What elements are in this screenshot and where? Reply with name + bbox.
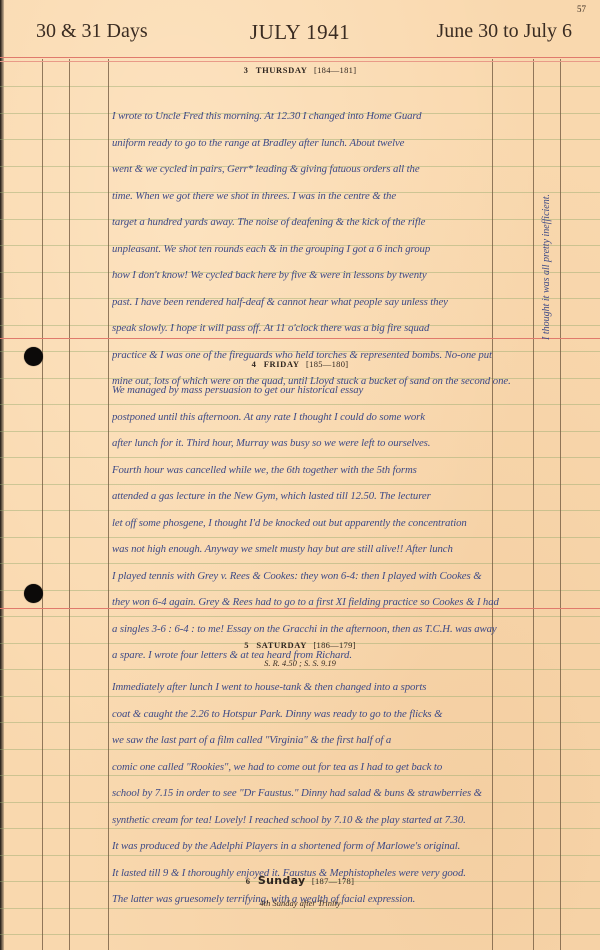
day-name: THURSDAY bbox=[256, 65, 308, 75]
day-number: 5 bbox=[244, 640, 249, 650]
diary-page: 57 30 & 31 Days JULY 1941 June 30 to Jul… bbox=[0, 0, 600, 950]
handwritten-line: we saw the last part of a film called "V… bbox=[112, 727, 524, 754]
entry-friday: We managed by mass persuasion to get our… bbox=[112, 377, 532, 669]
handwritten-line: attended a gas lecture in the New Gym, w… bbox=[112, 483, 524, 510]
handwritten-line: after lunch for it. Third hour, Murray w… bbox=[112, 430, 524, 457]
handwritten-line: went & we cycled in pairs, Gerr* leading… bbox=[112, 156, 524, 183]
handwritten-line: Immediately after lunch I went to house-… bbox=[112, 674, 524, 701]
sunrise-sunset: S. R. 4.50 ; S. S. 9.19 bbox=[108, 658, 492, 668]
margin-note: I thought it was all pretty inefficient. bbox=[541, 194, 552, 340]
page-header: 57 30 & 31 Days JULY 1941 June 30 to Jul… bbox=[0, 14, 600, 54]
liturgical-note: 4th Sunday after Trinity bbox=[108, 898, 492, 908]
day-heading-sunday: 6 Sunday [187—178] bbox=[108, 874, 492, 887]
day-name: FRIDAY bbox=[264, 359, 300, 369]
handwritten-line: they won 6-4 again. Grey & Rees had to g… bbox=[112, 589, 524, 616]
handwritten-line: synthetic cream for tea! Lovely! I reach… bbox=[112, 807, 524, 834]
header-rule bbox=[0, 57, 600, 58]
day-name: SATURDAY bbox=[256, 640, 307, 650]
entry-thursday: I wrote to Uncle Fred this morning. At 1… bbox=[112, 103, 532, 395]
day-count: [187—178] bbox=[312, 876, 354, 886]
handwritten-line: let off some phosgene, I thought I'd be … bbox=[112, 510, 524, 537]
header-rule-secondary bbox=[0, 61, 600, 62]
handwritten-line: school by 7.15 in order to see "Dr Faust… bbox=[112, 780, 524, 807]
handwritten-line: coat & caught the 2.26 to Hotspur Park. … bbox=[112, 701, 524, 728]
handwritten-line: unpleasant. We shot ten rounds each & in… bbox=[112, 236, 524, 263]
handwritten-line: past. I have been rendered half-deaf & c… bbox=[112, 289, 524, 316]
handwritten-line: It was produced by the Adelphi Players i… bbox=[112, 833, 524, 860]
day-count: [186—179] bbox=[313, 640, 355, 650]
day-number: 6 bbox=[246, 876, 251, 886]
handwritten-line: how I don't know! We cycled back here by… bbox=[112, 262, 524, 289]
handwritten-line: I played tennis with Grey v. Rees & Cook… bbox=[112, 563, 524, 590]
day-heading-friday: 4 FRIDAY [185—180] bbox=[108, 359, 492, 369]
handwritten-line: was not high enough. Anyway we smelt mus… bbox=[112, 536, 524, 563]
day-heading-saturday: 5 SATURDAY [186—179] bbox=[108, 640, 492, 650]
handwritten-line: postponed until this afternoon. At any r… bbox=[112, 404, 524, 431]
punch-hole bbox=[24, 347, 43, 366]
day-name: Sunday bbox=[258, 874, 306, 887]
handwritten-line: a singles 3-6 : 6-4 : to me! Essay on th… bbox=[112, 616, 524, 643]
page-number: 57 bbox=[577, 4, 586, 14]
week-range: June 30 to July 6 bbox=[436, 20, 572, 43]
handwritten-line: speak slowly. I hope it will pass off. A… bbox=[112, 315, 524, 342]
page-binding-edge bbox=[0, 0, 4, 950]
handwritten-line: time. When we got there we shot in three… bbox=[112, 183, 524, 210]
day-count: [184—181] bbox=[314, 65, 356, 75]
handwritten-line: target a hundred yards away. The noise o… bbox=[112, 209, 524, 236]
handwritten-line: I wrote to Uncle Fred this morning. At 1… bbox=[112, 103, 524, 130]
handwritten-line: Fourth hour was cancelled while we, the … bbox=[112, 457, 524, 484]
punch-hole bbox=[24, 584, 43, 603]
handwritten-line: comic one called "Rookies", we had to co… bbox=[112, 754, 524, 781]
day-number: 3 bbox=[244, 65, 249, 75]
day-heading-thursday: 3 THURSDAY [184—181] bbox=[108, 65, 492, 75]
day-number: 4 bbox=[252, 359, 257, 369]
handwritten-line: uniform ready to go to the range at Brad… bbox=[112, 130, 524, 157]
day-count: [185—180] bbox=[306, 359, 348, 369]
handwritten-line: We managed by mass persuasion to get our… bbox=[112, 377, 524, 404]
